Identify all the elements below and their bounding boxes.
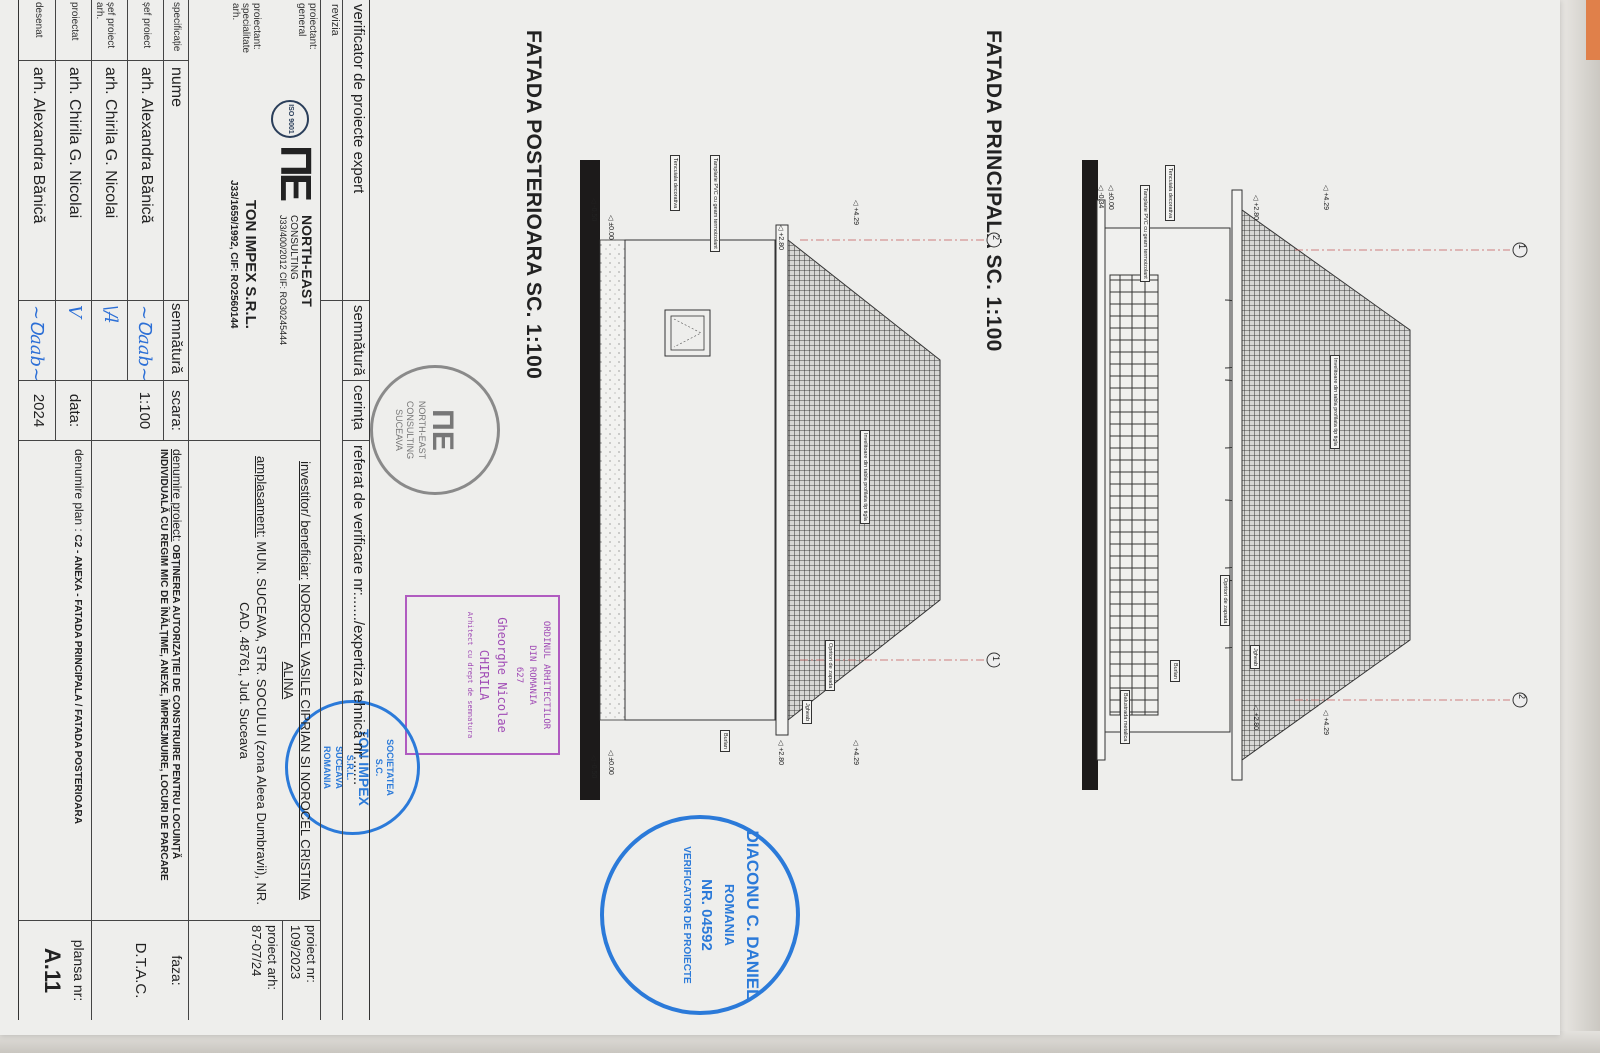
proiect-nr-value: 109/2023 xyxy=(287,925,303,1016)
rear-level-050-right: ◁ -0.50 xyxy=(590,755,598,778)
stamp-text: ROMANIA xyxy=(718,819,739,1011)
role: șef proiect xyxy=(127,0,163,60)
front-elevation-drawing xyxy=(1000,0,1560,1035)
verificator-label: verificator de proiecte expert xyxy=(343,0,369,300)
data-label: data: xyxy=(55,381,91,440)
investitor-value: NOROCEL VASILE CIPRIAN SI NOROCEL CRISTI… xyxy=(281,584,313,900)
roles-column: specificație șef proiect șef proiect arh… xyxy=(19,0,189,60)
front-level-429-right: ◁ +4.29 xyxy=(1322,710,1330,735)
role: desenat xyxy=(19,0,55,60)
front-axis-label-1: 1 xyxy=(1517,244,1527,249)
company-round-stamp: ΠΕ NORTH-EAST CONSULTING SUCEAVA xyxy=(370,365,500,495)
stamp-text: Gheorghe Nicolae xyxy=(494,597,512,753)
proiectant-general-label: proiectant: general xyxy=(296,3,317,61)
stamp-text: SUCEAVA xyxy=(392,368,404,492)
stamp-text: NR. 04592 xyxy=(694,819,718,1011)
stamp-text: NORTH-EAST xyxy=(415,368,427,492)
signature-mark: ~Ꝺaab~ xyxy=(127,301,163,380)
phase-sheet-cell: faza: D.T.A.C. plansa nr: A.11 xyxy=(19,920,189,1020)
stamp-text: Arhitect cu drept de semnatura xyxy=(465,597,476,753)
person-name: arh. Chirila G. Nicolai xyxy=(55,61,91,300)
project-numbers-cell: proiect nr: 109/2023 proiect arh: 87-07/… xyxy=(189,920,321,1020)
rear-note-gutter: Jgheab xyxy=(802,700,812,724)
people-row: specificație șef proiect șef proiect arh… xyxy=(18,0,189,1020)
rear-axis-label-1: 1 xyxy=(991,656,1001,661)
investor-cell: investitor/ beneficiar: NOROCEL VASILE C… xyxy=(189,440,321,920)
company1-name: NORTH-EAST xyxy=(299,215,315,307)
spacer xyxy=(91,381,127,440)
proiectant-spec-label: proiectant: specialitate arh. xyxy=(230,3,262,61)
stamp-text: ORDINUL ARHITECTILOR xyxy=(539,597,553,753)
front-note-snow-guard: Opritori de zapada xyxy=(1220,575,1230,626)
faza-value: D.T.A.C. xyxy=(91,921,163,1020)
signature-mark: ~Ꝺaab~ xyxy=(19,301,55,380)
scara-value: 1:100 xyxy=(127,381,163,440)
stamp-text: DIN ROMANIA xyxy=(525,597,539,753)
company1-sub: CONSULTING xyxy=(288,215,299,280)
data-value: 2024 xyxy=(19,381,55,440)
names-column: nume arh. Alexandra Bănică arh. Chirila … xyxy=(19,60,189,300)
specificatie-header: specificație xyxy=(163,0,189,60)
rear-axis-label-2: 2 xyxy=(991,235,1001,240)
verification-row: verificator de proiecte expert semnătură… xyxy=(342,0,369,1020)
front-level-034: ◁ -0.34 xyxy=(1097,185,1105,208)
proiect-arh-label: proiect arh: xyxy=(264,921,283,1020)
rear-level-280-right: ◁ +2.80 xyxy=(777,740,785,765)
rear-level-000: ◁ ±0.00 xyxy=(607,215,615,240)
stamp-text: CONSULTING xyxy=(404,368,416,492)
company-stamp-logo: ΠΕ xyxy=(427,368,457,492)
front-axis-label-2: 2 xyxy=(1517,694,1527,699)
revizia-label: revizia xyxy=(321,0,343,300)
company1-reg: J33/400/2012 CIF: RO30245444 xyxy=(278,215,288,345)
stamp-text: VERIFICATOR DE PROIECTE xyxy=(678,819,694,1011)
rear-level-429: ◁ +4.29 xyxy=(852,200,860,225)
rear-note-downpipe: Burlan xyxy=(720,730,730,752)
investitor-label: investitor/ beneficiar: xyxy=(298,461,313,580)
signature-mark: \/l̶ xyxy=(91,301,127,380)
denumire-plan: denumire plan : C2 - ANEXA - FATADA PRIN… xyxy=(65,441,91,920)
front-level-280: ◁ +2.80 xyxy=(1252,195,1260,220)
plansa-value: A.11 xyxy=(39,921,65,1020)
scara-label: scara: xyxy=(163,381,189,440)
amplasament-label: amplasament: xyxy=(254,456,269,538)
project-name-cell: denumire proiect: OBȚINEREA AUTORIZAȚIEI… xyxy=(19,440,189,920)
denumire-plan-label: denumire plan : xyxy=(72,449,86,532)
person-name: arh. Alexandra Bănică xyxy=(19,61,55,300)
rear-note-plaster: Tencuiala decorativa xyxy=(670,155,680,211)
front-note-downpipe: Burlan xyxy=(1170,660,1180,682)
person-name: arh. Alexandra Bănică xyxy=(127,61,163,300)
stamp-text: CHIRILA xyxy=(476,597,494,753)
denumire-proiect: denumire proiect: OBȚINEREA AUTORIZAȚIEI… xyxy=(91,441,189,920)
front-note-plaster: Tencuiala decorativa xyxy=(1165,165,1175,221)
referat-label: referat de verificare nr:....../expertiz… xyxy=(343,440,369,1020)
rear-level-280: ◁ +2.80 xyxy=(777,225,785,250)
front-note-roof: Invelitoare din tabla profilata tip tigl… xyxy=(1330,355,1340,449)
title-block: verificator de proiecte expert semnătură… xyxy=(9,0,370,1020)
company-row: proiectant: general proiectant: speciali… xyxy=(188,0,321,1020)
background-object xyxy=(1586,0,1600,60)
revizia-empty xyxy=(321,300,343,1020)
amplasament-value: MUN. SUCEAVA, STR. SOCULUI (zona Aleea D… xyxy=(237,541,269,905)
iso-badge-icon: ISO 9001 xyxy=(271,100,309,138)
proiect-nr-label: proiect nr: xyxy=(303,925,319,1016)
oar-stamp: ORDINUL ARHITECTILOR DIN ROMANIA 627 Ghe… xyxy=(405,595,560,755)
rear-note-window: Tamplarie PVC cu geam termoizolant xyxy=(710,155,720,252)
company2-name: TON IMPEX S.R.L. xyxy=(242,200,259,329)
stamp-text: DIACONU C. DANIEL xyxy=(739,819,766,1011)
rear-note-snow-guard: Opritori de zapada xyxy=(825,640,835,691)
front-level-429: ◁ +4.29 xyxy=(1322,185,1330,210)
rear-note-roof: Invelitoare din tabla profilata tip tigl… xyxy=(860,430,870,524)
nume-header: nume xyxy=(163,61,189,300)
rear-level-050: ◁ -0.50 xyxy=(590,198,598,221)
denumire-plan-value: C2 - ANEXA - FATADA PRINCIPALA / FATADA … xyxy=(72,535,83,824)
role: proiectat xyxy=(55,0,91,60)
front-note-gutter: Jgheab xyxy=(1250,645,1260,669)
scale-date-column: scara: 1:100 data: 2024 xyxy=(19,380,189,440)
semnatura-label: semnătură xyxy=(343,300,369,380)
designers-cell: proiectant: general proiectant: speciali… xyxy=(189,0,321,440)
front-level-280-right: ◁ +2.80 xyxy=(1252,705,1260,730)
denumire-proiect-label: denumire proiect: xyxy=(170,449,184,542)
front-level-000: ◁ ±0.00 xyxy=(1107,185,1115,210)
drawing-sheet: FATADA PRINCIPALA SC. 1:100 xyxy=(0,0,1560,1035)
person-name: arh. Chirila G. Nicolai xyxy=(91,61,127,300)
diaconu-verifier-stamp: DIACONU C. DANIEL ROMANIA NR. 04592 VERI… xyxy=(600,815,800,1015)
rear-level-000-right: ◁ ±0.00 xyxy=(607,750,615,775)
background-edge xyxy=(1560,0,1600,1053)
role: șef proiect arh. xyxy=(91,0,127,60)
plansa-label: plansa nr: xyxy=(65,921,91,1020)
signature-mark: V xyxy=(55,301,91,380)
stamp-text: SOCIETATEA xyxy=(384,703,395,832)
semnatura-header: semnătură xyxy=(163,301,189,380)
northeast-logo-icon: ΠΕ xyxy=(273,145,317,198)
cerinta-label: cerința xyxy=(343,380,369,440)
faza-label: faza: xyxy=(163,921,189,1020)
proiect-arh-value: 87-07/24 xyxy=(248,925,264,1016)
revision-row: revizia xyxy=(320,0,343,1020)
company2-reg: J33/1659/1992, CIF: RO2560144 xyxy=(228,180,239,328)
front-note-window: Tamplarie PVC cu geam termoizolant xyxy=(1140,185,1150,282)
stamp-text: 627 xyxy=(512,597,526,753)
stamp-text: S.C. xyxy=(373,703,384,832)
signatures-column: semnătură ~Ꝺaab~ \/l̶ V ~Ꝺaab~ xyxy=(19,300,189,380)
front-note-railing: Balustrada metalica xyxy=(1120,690,1130,744)
rear-level-429-right: ◁ +4.29 xyxy=(852,740,860,765)
